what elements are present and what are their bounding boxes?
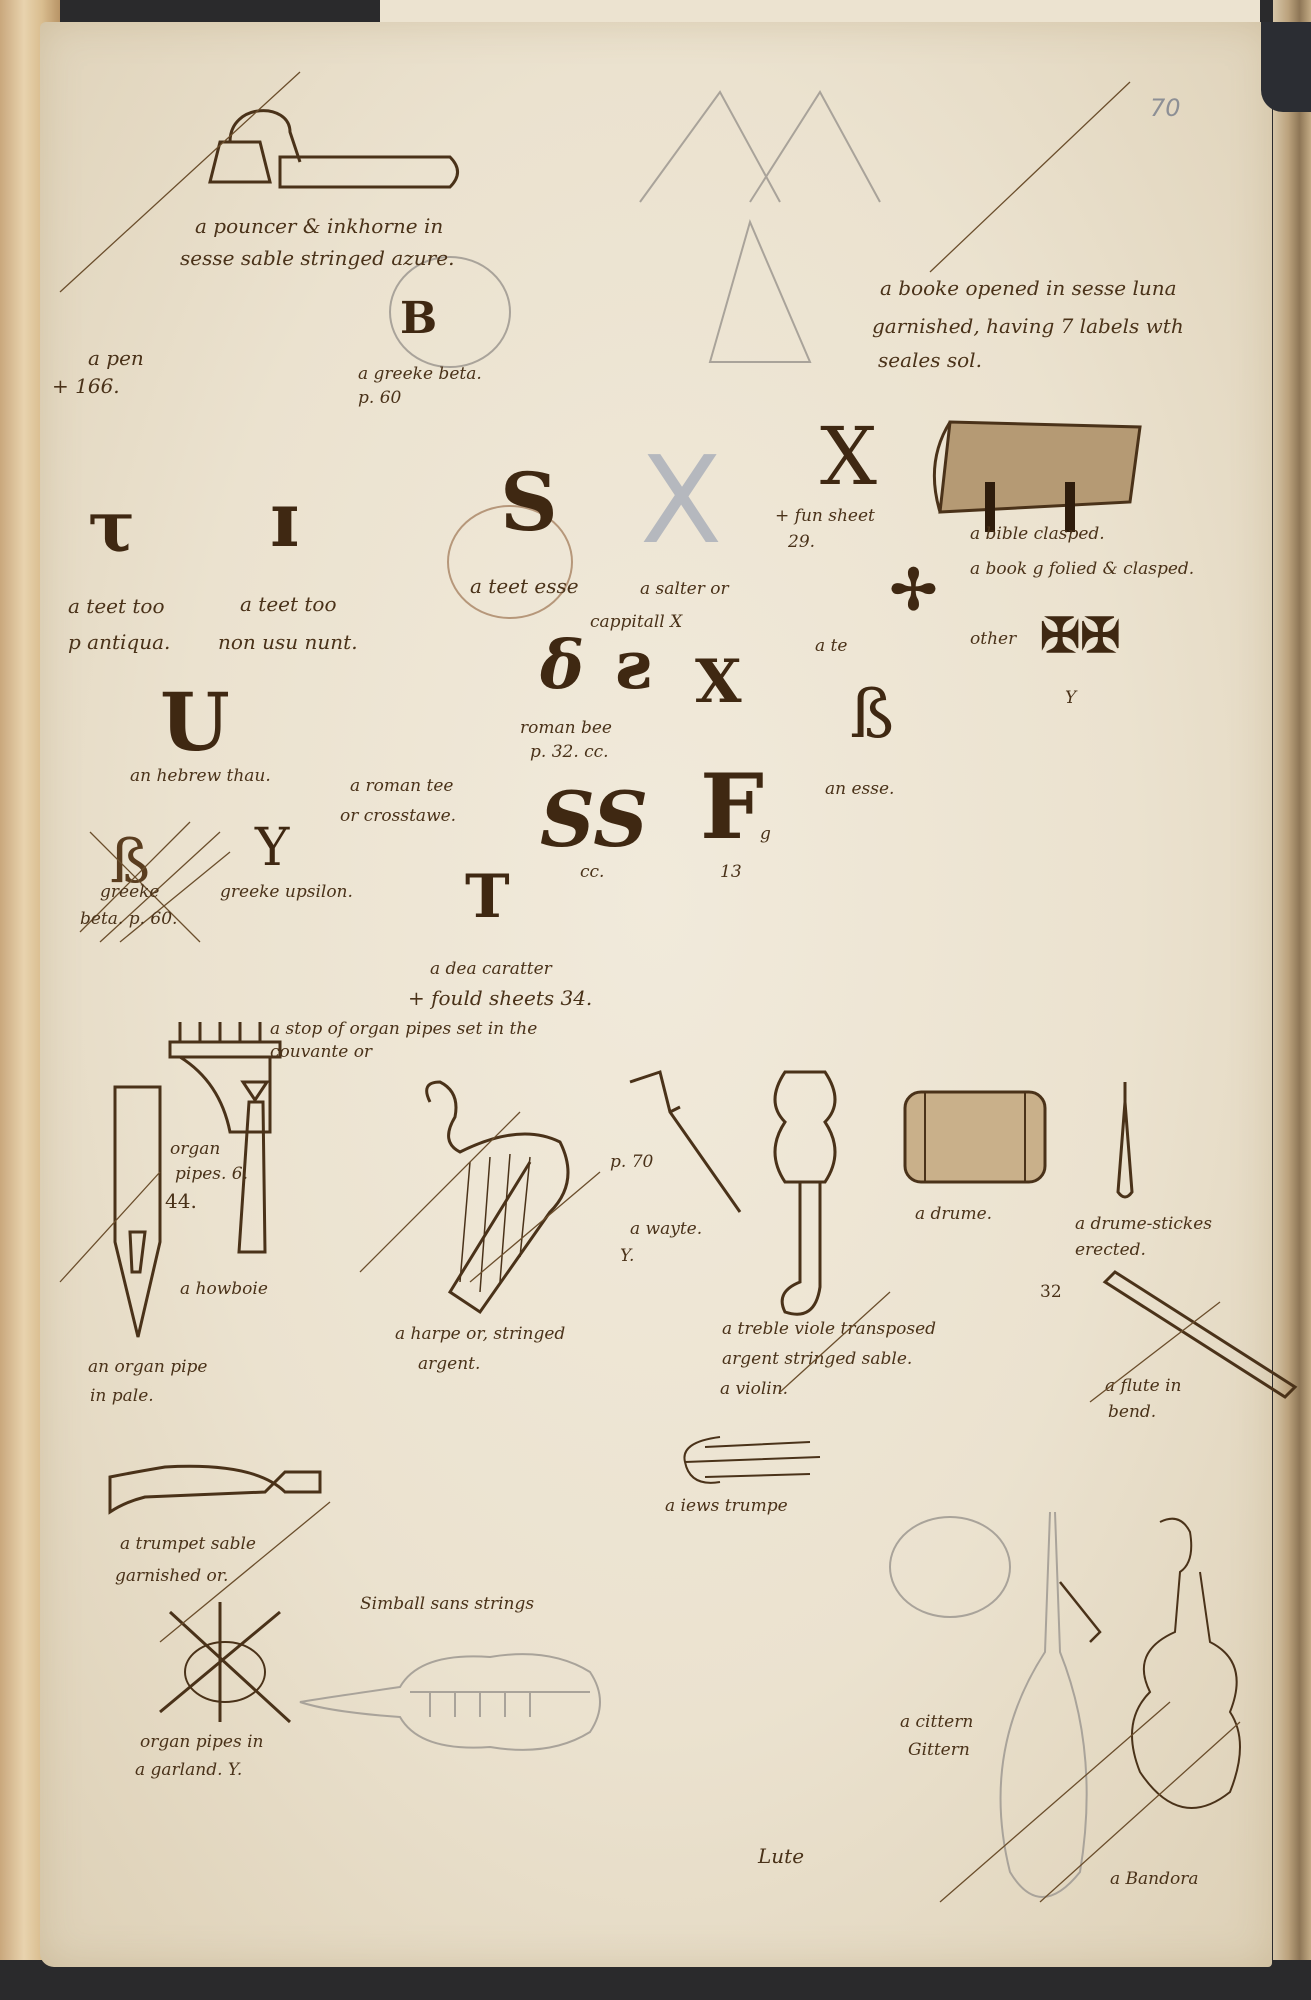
manuscript-page: 70 a pouncer & inkhorne in sesse sable s… bbox=[40, 22, 1272, 1967]
bookmark-tab bbox=[1261, 22, 1311, 112]
page-stack-right bbox=[1273, 0, 1311, 1960]
diagonal-pen-strokes bbox=[40, 22, 1272, 1967]
